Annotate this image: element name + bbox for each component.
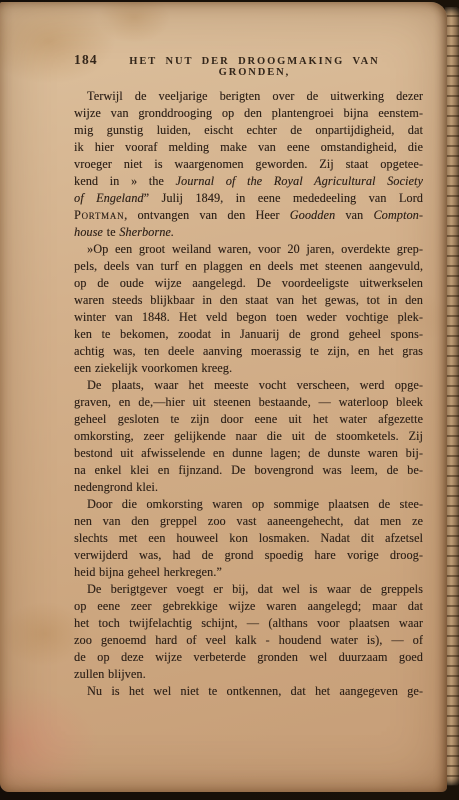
text-line: De plaats, waar het meeste vocht versche… xyxy=(74,377,423,394)
text-line: na enkel klei en fijnzand. De bovengrond… xyxy=(74,462,423,479)
page-stack-edge xyxy=(445,7,459,786)
text-line: »Op een groot weiland waren, voor 20 jar… xyxy=(74,241,423,258)
text-line: omkorsting, zeer gelijkende naar die uit… xyxy=(74,428,423,445)
text-line: zullen blijven. xyxy=(74,666,423,683)
text-line: zoo genoemd hard of veel kalk - houdend … xyxy=(74,632,423,649)
text-line: de op deze wijze verbeterde gronden wel … xyxy=(74,649,423,666)
text-line: vroeger niet is waargenomen geworden. Zi… xyxy=(74,156,423,173)
text-line: Door die omkorsting waren op sommige pla… xyxy=(74,496,423,513)
text-line: house te Sherborne. xyxy=(74,224,423,241)
text-line: Portman, ontvangen van den Heer Goodden … xyxy=(74,207,423,224)
text-line: De berigtgever voegt er bij, dat wel is … xyxy=(74,581,423,598)
text-line: Nu is het wel niet te ontkennen, dat het… xyxy=(74,683,423,700)
text-line: op eene zeer gebrekkige wijze waren aang… xyxy=(74,598,423,615)
text-line: heid bijna geheel herkregen.” xyxy=(74,564,423,581)
text-line: Terwijl de veeljarige berigten over de u… xyxy=(74,88,423,105)
text-line: nen van den greppel zoo vast aaneengehec… xyxy=(74,513,423,530)
text-line: graven, en de,—hier uit steenen bestaand… xyxy=(74,394,423,411)
text-line: het toch twijfelachtig schijnt, — (altha… xyxy=(74,615,423,632)
text-line: winter van 1848. Het veld begon toen wed… xyxy=(74,309,423,326)
text-line: wijze van gronddrooging op den plantengr… xyxy=(74,105,423,122)
book-photo-frame: 184 HET NUT DER DROOGMAKING VAN GRONDEN,… xyxy=(0,0,459,800)
text-line: bestond uit afwisselende en dunne lagen;… xyxy=(74,445,423,462)
text-line: nedengrond klei. xyxy=(74,479,423,496)
text-line: op de oude wijze aangelegd. De voordeeli… xyxy=(74,275,423,292)
text-line: of Engeland” Julij 1849, in eene mededee… xyxy=(74,190,423,207)
book-page: 184 HET NUT DER DROOGMAKING VAN GRONDEN,… xyxy=(0,2,447,792)
text-line: verwijderd was, had de grond spoedig har… xyxy=(74,547,423,564)
text-line: een ziekelijk voorkomen kreeg. xyxy=(74,360,423,377)
page-number: 184 xyxy=(74,52,98,68)
text-line: ken te bekomen, zoodat in Januarij de gr… xyxy=(74,326,423,343)
text-line: geheel gesloten te zijn door eene uit he… xyxy=(74,411,423,428)
text-line: waren steeds blijkbaar in den staat van … xyxy=(74,292,423,309)
text-line: kend in » the Journal of the Royal Agric… xyxy=(74,173,423,190)
running-head: 184 HET NUT DER DROOGMAKING VAN GRONDEN, xyxy=(74,52,411,78)
running-title: HET NUT DER DROOGMAKING VAN GRONDEN, xyxy=(98,56,411,78)
text-line: achtig was, ten deele aanving moerassig … xyxy=(74,343,423,360)
text-line: slechts met een houweel kon losmaken. Na… xyxy=(74,530,423,547)
text-line: pels, deels van turf en plaggen en deels… xyxy=(74,258,423,275)
page-body: Terwijl de veeljarige berigten over de u… xyxy=(74,88,423,700)
text-line: ik hier vooraf melding make van eene oms… xyxy=(74,139,423,156)
text-line: mig gunstig luiden, eischt echter de onp… xyxy=(74,122,423,139)
